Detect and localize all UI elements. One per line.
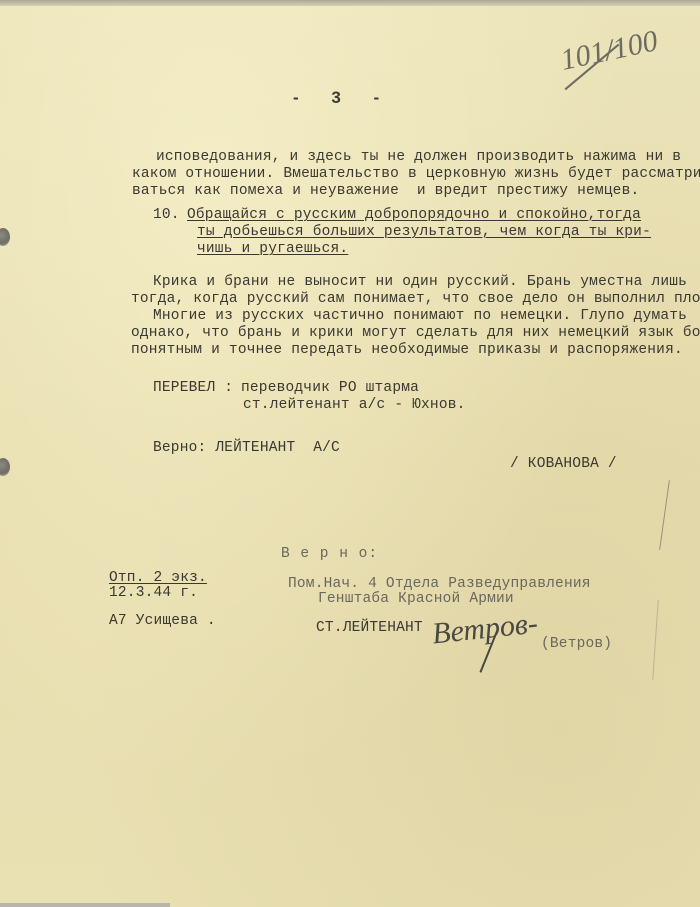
text-line: тогда, когда русский сам понимает, что с… <box>131 291 700 308</box>
text-line: ваться как помеха и неуважение и вредит … <box>132 183 639 200</box>
page-top-edge <box>0 0 700 6</box>
translator-line: ст.лейтенант а/с - Юхнов. <box>243 397 466 414</box>
position-line: Генштаба Красной Армии <box>318 591 514 608</box>
verified-label-2: В е р н о: <box>281 546 378 563</box>
item-number: 10. <box>153 207 180 224</box>
punch-hole <box>0 228 10 246</box>
text-line: понятным и точнее передать необходимые п… <box>131 342 683 359</box>
page-bottom-edge <box>0 903 170 907</box>
handwritten-signature: Ветров- <box>431 607 540 652</box>
punch-hole <box>0 458 10 476</box>
text-line: каком отношении. Вмешательство в церковн… <box>132 166 700 183</box>
verified-name: / КОВАНОВА / <box>510 456 617 473</box>
item-text-line: ты добьешься больших результатов, чем ко… <box>197 224 651 241</box>
page-number: - 3 - <box>293 88 393 108</box>
translator-line: переводчик РО штарма <box>241 380 419 397</box>
archive-folio-number: 101/100 <box>558 24 661 78</box>
text-line: Многие из русских частично понимают по н… <box>153 308 687 325</box>
signatory-name: (Ветров) <box>541 636 612 653</box>
text-line: однако, что брань и крики могут сделать … <box>131 325 700 342</box>
date-note: 12.3.44 г. <box>109 585 198 602</box>
item-text-line: Обращайся с русским добропорядочно и спо… <box>187 207 641 224</box>
item-text-line: чишь и ругаешься. <box>197 241 348 258</box>
rank-label: СТ.ЛЕЙТЕНАНТ <box>316 620 423 637</box>
pencil-mark <box>652 600 659 680</box>
translator-label: ПЕРЕВЕЛ : <box>153 380 233 397</box>
verified-label: Верно: ЛЕЙТЕНАНТ А/С <box>153 440 340 457</box>
typist-note: А7 Усищева . <box>109 613 216 630</box>
text-line: исповедования, и здесь ты не должен прои… <box>156 149 681 166</box>
pencil-mark <box>659 480 670 549</box>
document-page: 101/100 - 3 - исповедования, и здесь ты … <box>0 0 700 907</box>
text-line: Крика и брани не выносит ни один русский… <box>153 274 687 291</box>
